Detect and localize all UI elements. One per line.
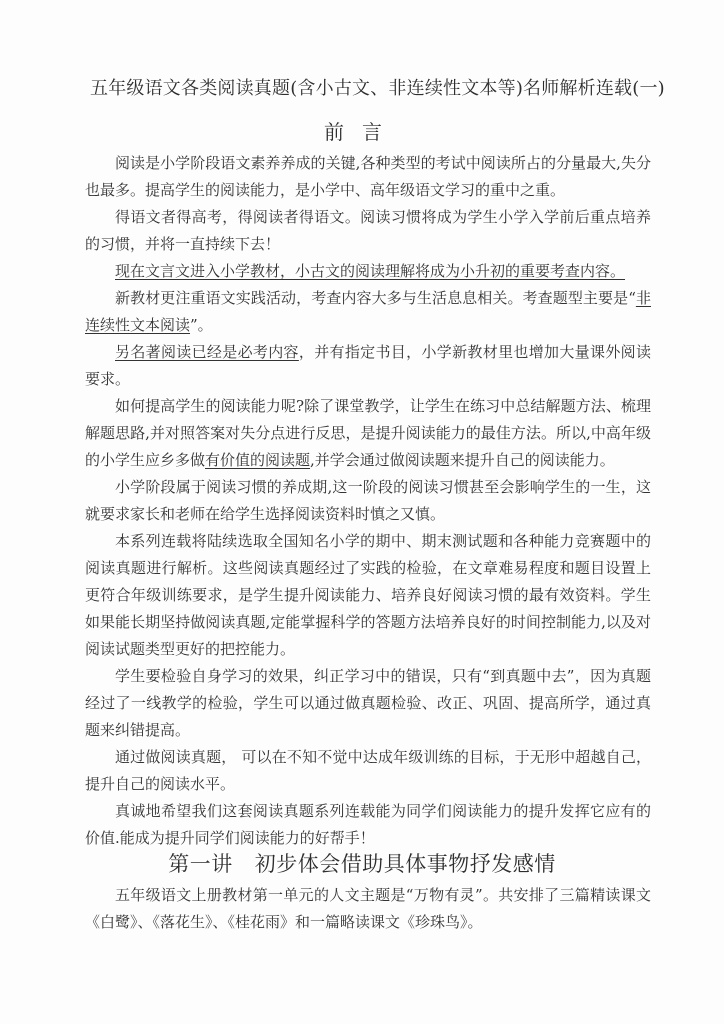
paragraph-text: ,并学会通过做阅读题来提升自己的阅读能力。 — [310, 451, 615, 469]
paragraph: 本系列连载将陆续选取全国知名小学的期中、期末测试题和各种能力竞赛题中的阅读真题进… — [85, 528, 651, 663]
paragraph-text: 得语文者得高考，得阅读者得语文。阅读习惯将成为学生小学入学前后重点培养的习惯，并… — [85, 208, 651, 253]
document-title: 五年级语文各类阅读真题(含小古文、非连续性文本等)名师解析连载(一) — [90, 74, 650, 100]
paragraph-text: 通过做阅读真题， 可以在不知不觉中达成年级训练的目标，于无形中超越自己，提升自己… — [85, 748, 651, 793]
lecture-number: 第一讲 — [168, 852, 233, 876]
lecture-title: 初步体会借助具体事物抒发感情 — [255, 852, 556, 876]
paragraph: 真诚地希望我们这套阅读真题系列连载能为同学们阅读能力的提升发挥它应有的价值.能成… — [85, 798, 651, 852]
paragraph: 新教材更注重语文实践活动，考查内容大多与生活息息相关。考查题型主要是“非连续性文… — [85, 285, 651, 339]
paragraph: 学生要检验自身学习的效果，纠正学习中的错误，只有“到真题中去”，因为真题经过了一… — [85, 663, 651, 744]
paragraph-text: 小学阶段属于阅读习惯的养成期,这一阶段的阅读习惯甚至会影响学生的一生，这就要求家… — [85, 478, 651, 523]
paragraph: 小学阶段属于阅读习惯的养成期,这一阶段的阅读习惯甚至会影响学生的一生，这就要求家… — [85, 474, 651, 528]
document-page: 五年级语文各类阅读真题(含小古文、非连续性文本等)名师解析连载(一) 前言 阅读… — [0, 0, 724, 1024]
preface-heading: 前言 — [0, 116, 724, 145]
paragraph-text: ”。 — [190, 316, 213, 334]
paragraph-text: 学生要检验自身学习的效果，纠正学习中的错误，只有“到真题中去”，因为真题经过了一… — [85, 667, 651, 739]
underlined-text: 另名著阅读已经是必考内容 — [115, 343, 299, 361]
preface-body: 阅读是小学阶段语文素养养成的关键,各种类型的考试中阅读所占的分量最大,失分也最多… — [85, 150, 651, 852]
paragraph: 另名著阅读已经是必考内容，并有指定书目，小学新教材里也增加大量课外阅读要求。 — [85, 339, 651, 393]
underlined-text: 现在文言文进入小学教材，小古文的阅读理解将成为小升初的重要考查内容。 — [115, 262, 625, 280]
paragraph: 如何提高学生的阅读能力呢?除了课堂教学，让学生在练习中总结解题方法、梳理解题思路… — [85, 393, 651, 474]
paragraph-text: 真诚地希望我们这套阅读真题系列连载能为同学们阅读能力的提升发挥它应有的价值.能成… — [85, 802, 651, 847]
paragraph: 通过做阅读真题， 可以在不知不觉中达成年级训练的目标，于无形中超越自己，提升自己… — [85, 744, 651, 798]
paragraph: 五年级语文上册教材第一单元的人文主题是“万物有灵”。共安排了三篇精读课文《白鹭》… — [85, 882, 651, 936]
paragraph-text: 阅读是小学阶段语文素养养成的关键,各种类型的考试中阅读所占的分量最大,失分也最多… — [85, 154, 651, 199]
paragraph: 得语文者得高考，得阅读者得语文。阅读习惯将成为学生小学入学前后重点培养的习惯，并… — [85, 204, 651, 258]
paragraph: 阅读是小学阶段语文素养养成的关键,各种类型的考试中阅读所占的分量最大,失分也最多… — [85, 150, 651, 204]
paragraph-text: 新教材更注重语文实践活动，考查内容大多与生活息息相关。考查题型主要是“ — [115, 289, 636, 307]
paragraph: 现在文言文进入小学教材，小古文的阅读理解将成为小升初的重要考查内容。 — [85, 258, 651, 285]
lecture-body: 五年级语文上册教材第一单元的人文主题是“万物有灵”。共安排了三篇精读课文《白鹭》… — [85, 882, 651, 936]
paragraph-text: 本系列连载将陆续选取全国知名小学的期中、期末测试题和各种能力竞赛题中的阅读真题进… — [85, 532, 651, 658]
underlined-text: 有价值的阅读题 — [205, 451, 310, 469]
lecture-heading: 第一讲初步体会借助具体事物抒发感情 — [0, 848, 724, 878]
